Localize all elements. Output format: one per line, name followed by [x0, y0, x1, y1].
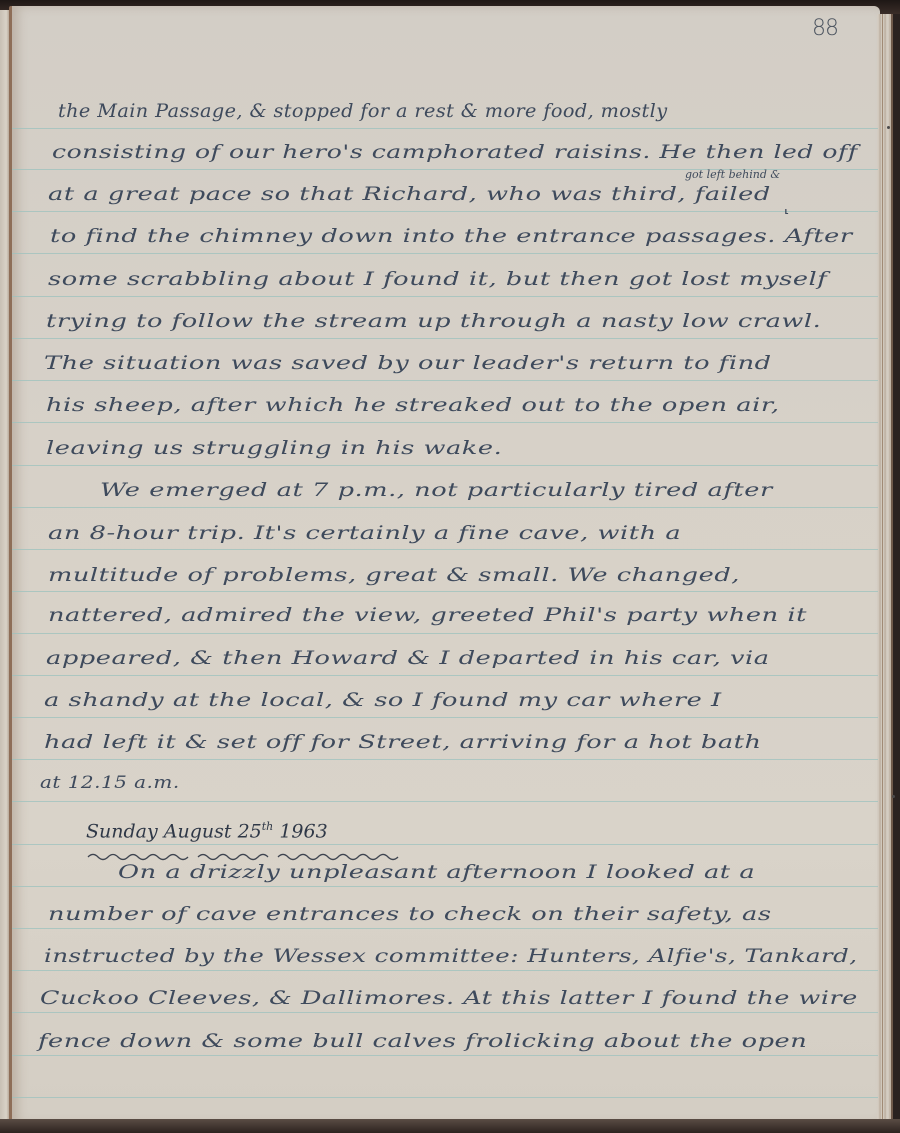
text-line-7: The situation was saved by our leader's …: [44, 352, 772, 374]
text-line-1: the Main Passage, & stopped for a rest &…: [58, 100, 858, 122]
text-line-3: at a great pace so that Richard, who was…: [48, 183, 771, 205]
text-line-5: some scrabbling about I found it, but th…: [48, 268, 827, 290]
text-line-12: multitude of problems, great & small. We…: [48, 564, 740, 586]
text-line-13: nattered, admired the view, greeted Phil…: [48, 604, 807, 626]
margin-dot: [892, 795, 895, 798]
text-line-16: had left it & set off for Street, arrivi…: [44, 731, 762, 753]
margin-dot: [887, 126, 890, 129]
insertion-above-line: got left behind &: [685, 168, 780, 181]
heading-date: 25: [238, 820, 262, 842]
backdrop-bottom: [0, 1119, 900, 1133]
text-line-11: an 8-hour trip. It's certainly a fine ca…: [48, 522, 681, 544]
ruled-line: [12, 296, 878, 297]
text-line-9: leaving us struggling in his wake.: [46, 437, 502, 459]
text-line-10: We emerged at 7 p.m., not particularly t…: [100, 479, 773, 501]
text-line-2: consisting of our hero's camphorated rai…: [52, 141, 858, 163]
right-margin-line: [882, 14, 883, 1126]
ruled-line: [12, 928, 878, 929]
text-line-14: appeared, & then Howard & I departed in …: [46, 647, 770, 669]
ruled-line: [12, 1097, 878, 1098]
entry-line-3: instructed by the Wessex committee: Hunt…: [44, 945, 858, 967]
ruled-line: [12, 253, 878, 254]
heading-year: 1963: [279, 820, 327, 842]
insertion-caret-icon: ⸤: [784, 200, 789, 216]
ruled-line: [12, 1055, 878, 1056]
heading-day: Sunday: [86, 820, 158, 842]
ruled-line: [12, 128, 878, 129]
ruled-line: [12, 801, 878, 802]
page-stack-edge: [877, 14, 893, 1126]
ruled-line: [12, 380, 878, 381]
entry-line-4: Cuckoo Cleeves, & Dallimores. At this la…: [40, 987, 858, 1009]
ruled-line: [12, 759, 878, 760]
page-number: 88: [812, 16, 838, 41]
ruled-line: [12, 970, 878, 971]
heading-date-suffix: th: [262, 820, 274, 833]
ruled-line: [12, 886, 878, 887]
ruled-line: [12, 1012, 878, 1013]
ruled-line: [12, 211, 878, 212]
ruled-line: [12, 633, 878, 634]
ruled-line: [12, 549, 878, 550]
ruled-line: [12, 717, 878, 718]
text-line-4: to find the chimney down into the entran…: [50, 225, 853, 247]
ruled-line: [12, 591, 878, 592]
ruled-line: [12, 507, 878, 508]
entry-line-5: fence down & some bull calves frolicking…: [38, 1030, 807, 1052]
heading-month: August: [164, 820, 232, 842]
text-line-15: a shandy at the local, & so I found my c…: [44, 689, 722, 711]
text-line-6: trying to follow the stream up through a…: [46, 310, 821, 332]
facing-page-edge: [0, 10, 9, 1133]
ruled-line: [12, 422, 878, 423]
entry-line-2: number of cave entrances to check on the…: [48, 903, 772, 925]
entry-heading: Sunday August 25th 1963: [86, 820, 328, 842]
entry-line-1: On a drizzly unpleasant afternoon I look…: [118, 861, 755, 883]
ruled-line: [12, 844, 878, 845]
text-line-8: his sheep, after which he streaked out t…: [46, 394, 780, 416]
ruled-line: [12, 465, 878, 466]
ruled-line: [12, 675, 878, 676]
text-line-17: at 12.15 a.m.: [40, 773, 180, 793]
ruled-line: [12, 338, 878, 339]
